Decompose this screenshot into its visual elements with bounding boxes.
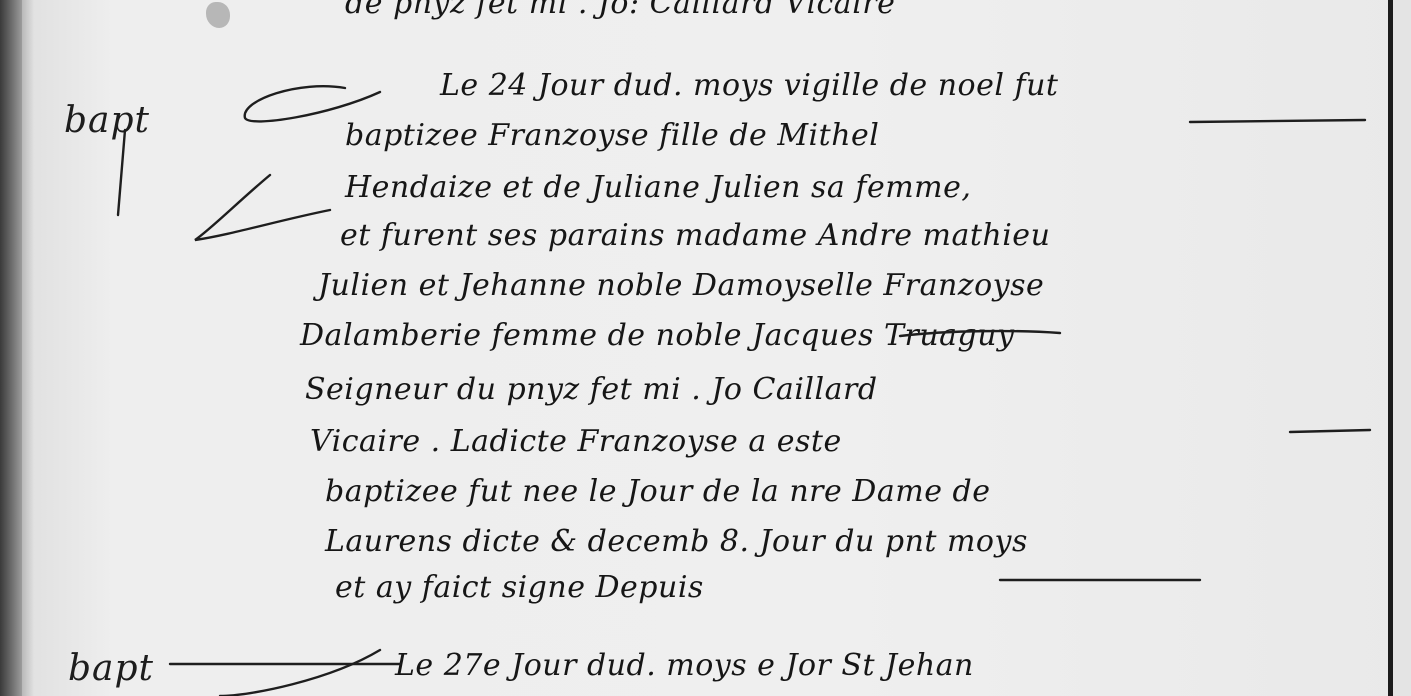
manuscript-line-7: Dalamberie femme de noble Jacques Truagu… <box>300 318 1015 353</box>
manuscript-line-11: Laurens dicte & decemb 8. Jour du pnt mo… <box>325 524 1028 559</box>
ink-stain <box>206 2 230 28</box>
manuscript-line-5: et furent ses parains madame Andre mathi… <box>340 218 1050 253</box>
binding-shadow <box>22 0 34 696</box>
manuscript-line-8: Seigneur du pnyz fet mi . Jo Caillard <box>305 372 878 407</box>
manuscript-line-13: Le 27e Jour dud. moys e Jor St Jehan <box>395 648 974 683</box>
manuscript-line-4: Hendaize et de Juliane Julien sa femme, <box>345 170 971 205</box>
manuscript-line-2: Le 24 Jour dud. moys vigille de noel fut <box>440 68 1058 103</box>
adjacent-page-edge <box>1393 0 1411 696</box>
manuscript-page: bapt bapt de pnyz fet mi . Jo: Caillard … <box>0 0 1411 696</box>
manuscript-line-12: et ay faict signe Depuis <box>335 570 704 605</box>
page-binding <box>0 0 22 696</box>
manuscript-line-6: Julien et Jehanne noble Damoyselle Franz… <box>318 268 1044 303</box>
margin-note-bapt-1: bapt <box>64 100 150 141</box>
margin-note-bapt-2: bapt <box>68 648 154 689</box>
manuscript-line-10: baptizee fut nee le Jour de la nre Dame … <box>325 474 990 509</box>
manuscript-line-9: Vicaire . Ladicte Franzoyse a este <box>310 424 842 459</box>
manuscript-line-3: baptizee Franzoyse fille de Mithel <box>345 118 879 153</box>
manuscript-line-1: de pnyz fet mi . Jo: Caillard Vicaire <box>345 0 895 21</box>
